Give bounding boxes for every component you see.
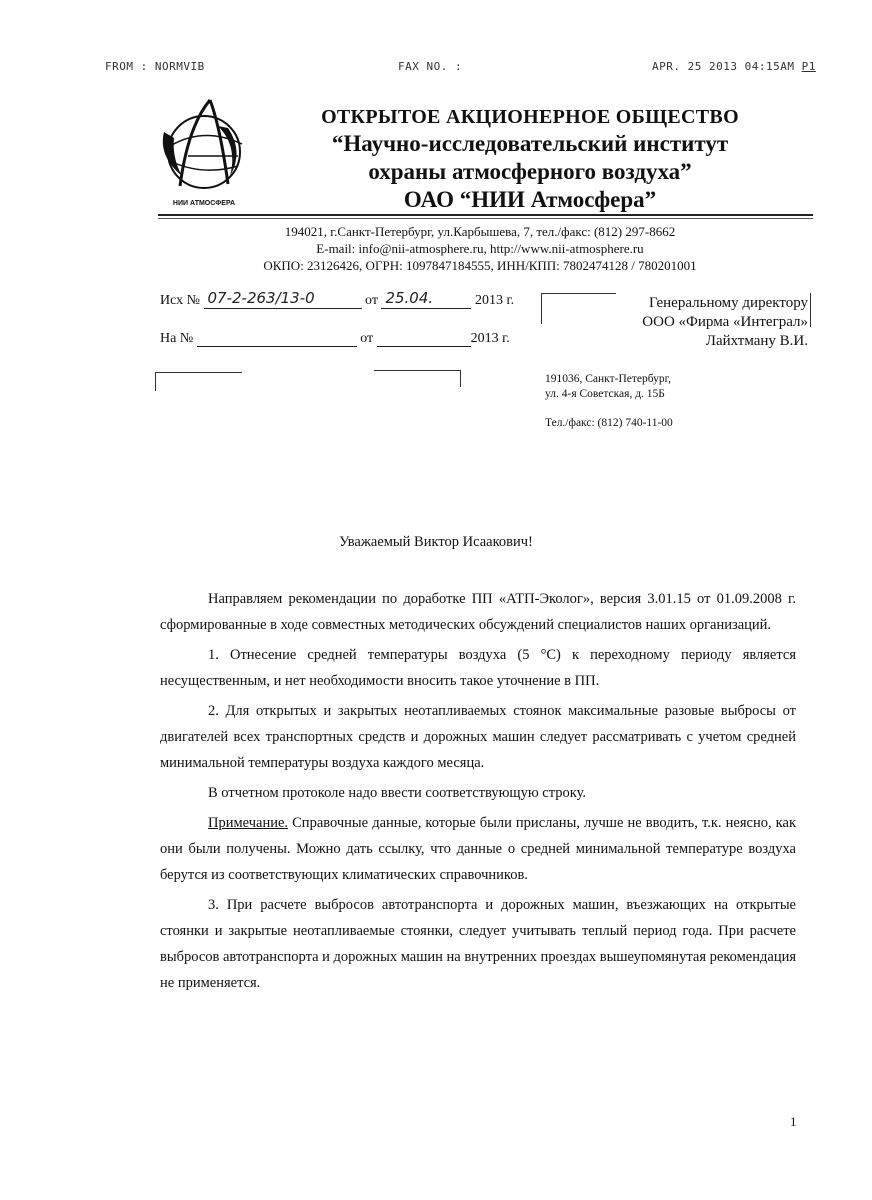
outgoing-from-label: от [365, 293, 378, 308]
incoming-label: На № [160, 331, 193, 346]
org-line-4: ОАО “НИИ Атмосфера” [290, 186, 770, 214]
item-1: 1. Отнесение средней температуры воздуха… [160, 642, 796, 694]
outgoing-label: Исх № [160, 293, 200, 308]
recipient-bracket-left [541, 293, 616, 324]
recipient-block: Генеральному директору ООО «Фирма «Интег… [642, 294, 808, 351]
recipient-address-line-2: ул. 4-я Советская, д. 15Б [545, 387, 671, 402]
letterhead-divider-thin [158, 218, 813, 219]
organization-name: ОТКРЫТОЕ АКЦИОНЕРНОЕ ОБЩЕСТВО “Научно-ис… [290, 104, 770, 214]
logo-label: НИИ АТМОСФЕРА [158, 200, 250, 207]
fax-datetime-text: APR. 25 2013 04:15AM [652, 60, 794, 73]
outgoing-date-field: 25.04. [381, 292, 471, 309]
org-email-web: E-mail: info@nii-atmosphere.ru, http://w… [230, 240, 730, 257]
letterhead-divider [158, 214, 813, 216]
fax-page: P1 [802, 60, 816, 73]
item-3: 3. При расчете выбросов автотранспорта и… [160, 892, 796, 996]
incoming-from-label: от [360, 331, 373, 346]
recipient-name: Лайхтману В.И. [642, 332, 808, 351]
fax-from: FROM : NORMVIB [105, 60, 205, 73]
subject-bracket-left [155, 372, 242, 391]
nii-atmosphere-logo: НИИ АТМОСФЕРА [158, 96, 250, 212]
letter-intro: Направляем рекомендации по доработке ПП … [160, 586, 796, 638]
note-label: Примечание. [208, 815, 288, 831]
letter-greeting: Уважаемый Виктор Исаакович! [0, 534, 872, 551]
fax-datetime: APR. 25 2013 04:15AM P1 [652, 60, 816, 73]
outgoing-year: 2013 г. [475, 293, 514, 308]
outgoing-date: 25.04. [385, 289, 433, 307]
org-registry: ОКПО: 23126426, ОГРН: 1097847184555, ИНН… [230, 257, 730, 274]
letter-body: Направляем рекомендации по доработке ПП … [160, 586, 796, 996]
page-number: 1 [790, 1114, 797, 1130]
note-paragraph: Примечание. Справочные данные, которые б… [160, 810, 796, 888]
recipient-address-line-1: 191036, Санкт-Петербург, [545, 372, 671, 387]
recipient-phone: Тел./факс: (812) 740-11-00 [545, 417, 673, 429]
item-2: 2. Для открытых и закрытых неотапливаемы… [160, 698, 796, 776]
globe-logo-icon [158, 96, 250, 198]
org-line-1: ОТКРЫТОЕ АКЦИОНЕРНОЕ ОБЩЕСТВО [290, 104, 770, 130]
org-line-3: охраны атмосферного воздуха” [290, 158, 770, 186]
item-2-note: В отчетном протоколе надо ввести соответ… [160, 780, 796, 806]
recipient-title: Генеральному директору [642, 294, 808, 313]
org-address: 194021, г.Санкт-Петербург, ул.Карбышева,… [230, 223, 730, 240]
incoming-reference: На № от 2013 г. [160, 330, 510, 347]
outgoing-number: 07-2-263/13-0 [208, 289, 315, 307]
recipient-address: 191036, Санкт-Петербург, ул. 4-я Советск… [545, 372, 671, 402]
recipient-company: ООО «Фирма «Интеграл» [642, 313, 808, 332]
fax-number: FAX NO. : [398, 60, 462, 73]
outgoing-reference: Исх № 07-2-263/13-0 от 25.04. 2013 г. [160, 292, 514, 309]
incoming-year: 2013 г. [471, 331, 510, 346]
incoming-date-field [377, 330, 471, 347]
incoming-number-field [197, 330, 357, 347]
outgoing-number-field: 07-2-263/13-0 [204, 292, 362, 309]
subject-bracket-right [374, 370, 461, 387]
org-line-2: “Научно-исследовательский институт [290, 130, 770, 158]
org-contacts: 194021, г.Санкт-Петербург, ул.Карбышева,… [230, 223, 730, 274]
